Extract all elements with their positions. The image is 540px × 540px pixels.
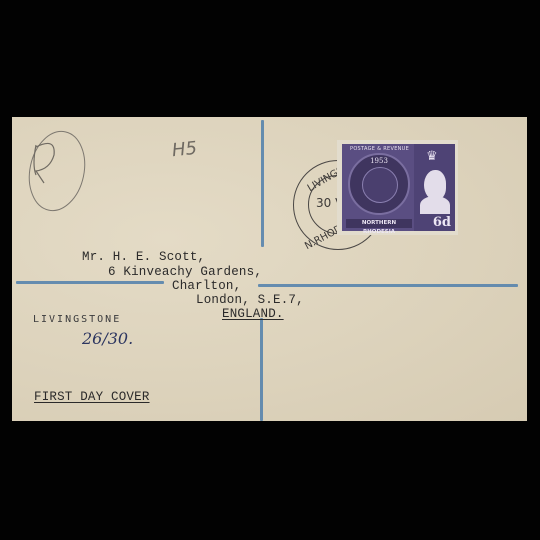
registration-line-vertical-top	[261, 120, 264, 247]
postage-stamp: POSTAGE & REVENUE 1953 ♛ NORTHERN RHODES…	[342, 144, 455, 231]
stamp-top-text: POSTAGE & REVENUE	[350, 146, 409, 152]
queen-shoulder-shape	[420, 196, 450, 214]
circled-r-pencil-mark	[22, 125, 92, 217]
registration-line-horizontal-right	[258, 284, 518, 287]
registration-line-vertical-bottom	[260, 318, 263, 421]
crown-icon: ♛	[426, 148, 438, 164]
envelope: H5 LIVINGSTONE 30 V 53 N.RHODESIA POSTAG…	[12, 117, 527, 421]
address-line-2: 6 Kinveachy Gardens,	[108, 265, 262, 279]
registration-number: 26/30.	[82, 329, 133, 348]
address-line-5: ENGLAND.	[222, 307, 284, 321]
address-line-1: Mr. H. E. Scott,	[82, 250, 205, 264]
stamp-value: 6d	[433, 215, 451, 230]
address-line-3: Charlton,	[172, 279, 241, 293]
registration-handstamp: LIVINGSTONE	[33, 314, 121, 325]
coat-of-arms-icon	[362, 167, 398, 203]
registration-line-horizontal-left	[16, 281, 164, 284]
first-day-cover-label: FIRST DAY COVER	[34, 390, 150, 404]
stamp-country: NORTHERN RHODESIA	[346, 219, 412, 228]
pencil-code: H5	[171, 138, 198, 161]
address-line-4: London, S.E.7,	[196, 293, 304, 307]
stamp-seal: 1953	[348, 153, 410, 215]
stamp-year: 1953	[350, 157, 408, 165]
